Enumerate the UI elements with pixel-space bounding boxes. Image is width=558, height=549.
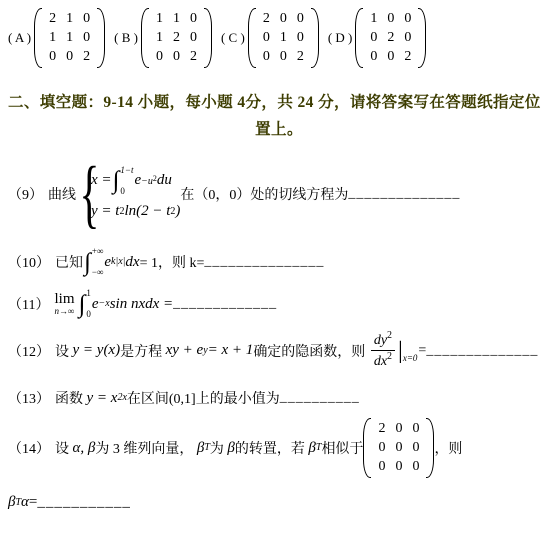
blank-line: ______________: [426, 343, 538, 359]
matrix-cell: 1: [66, 30, 73, 46]
question-number: （13）: [8, 388, 50, 408]
matrix-cell: 0: [370, 30, 377, 46]
matrix-cell: 2: [263, 11, 270, 27]
integral: ∫ 1−t 0: [113, 166, 134, 196]
matrix-cell: 0: [173, 49, 180, 65]
integral-upper-limit: 1: [86, 289, 91, 298]
question-text: 为: [210, 438, 224, 458]
evaluation-bar: | x=0: [398, 339, 417, 363]
option-c: ( C ) 2 0 0 0 1 0 0 0 2: [221, 8, 319, 68]
option-b-label: ( B ): [114, 30, 138, 46]
integral-lower-limit: 0: [86, 310, 91, 319]
question-text: ，则: [434, 438, 462, 458]
question-number: （14）: [8, 438, 50, 458]
matrix-left-paren: [34, 8, 42, 68]
matrix-cell: 1: [156, 11, 163, 27]
matrix-cell: 0: [387, 11, 394, 27]
matrix-cells: 2 0 0 0 0 0 0 0 0: [371, 418, 426, 478]
option-a-label: ( A ): [8, 30, 31, 46]
matrix-cells: 2 1 0 1 1 0 0 0 2: [42, 8, 97, 68]
limit-operator: lim n→∞: [54, 291, 74, 317]
matrix-cell: 1: [370, 11, 377, 27]
matrix-cell: 0: [263, 49, 270, 65]
matrix-cells: 1 0 0 0 2 0 0 0 2: [363, 8, 418, 68]
integral-sign: ∫: [79, 292, 86, 317]
question-13: （13） 函数 y = x2x 在区间(0,1]上的最小值为 _________…: [8, 388, 550, 408]
matrix-cell: 0: [66, 49, 73, 65]
question-number: （9）: [8, 184, 43, 204]
matrix-right-paren: [311, 8, 319, 68]
question-text: 在区间(0,1]上的最小值为: [127, 388, 280, 408]
matrix-cell: 0: [190, 30, 197, 46]
matrix-cell: 0: [156, 49, 163, 65]
matrix-cell: 0: [387, 49, 394, 65]
section-header: 二、填空题：9-14 小题，每小题 4分，共 24 分，请将答案写在答题纸指定位…: [8, 89, 550, 143]
matrix-cell: 0: [378, 459, 385, 475]
matrix-cell: 0: [83, 11, 90, 27]
blank-line: ___________: [37, 494, 131, 511]
question-12: （12） 设 y = y(x) 是方程 xy + ey = x + 1 确定的隐…: [8, 331, 550, 370]
option-d: ( D ) 1 0 0 0 2 0 0 0 2: [328, 8, 427, 68]
matrix-cell: 0: [395, 440, 402, 456]
matrix-cell: 0: [412, 421, 419, 437]
matrix-cell: 0: [404, 11, 411, 27]
option-d-label: ( D ): [328, 30, 353, 46]
matrix-cell: 2: [297, 49, 304, 65]
option-b: ( B ) 1 1 0 1 2 0 0 0 2: [114, 8, 212, 68]
question-number: （11）: [8, 294, 49, 314]
matrix-cell: 0: [49, 49, 56, 65]
matrix-cell: 0: [297, 30, 304, 46]
blank-line: _____________: [173, 296, 277, 312]
matrix-right-paren: [204, 8, 212, 68]
matrix-left-paren: [363, 418, 371, 478]
matrix-cell: 1: [156, 30, 163, 46]
integral-sign: ∫: [113, 168, 120, 193]
matrix-right-paren: [426, 418, 434, 478]
question-text: 相似于: [321, 438, 363, 458]
question-text: 的转置，若: [235, 438, 305, 458]
question-10: （10） 已知 ∫ +∞ −∞ ek|x|dx = 1，则 k= _______…: [8, 247, 550, 277]
option-c-matrix: 2 0 0 0 1 0 0 0 2: [248, 8, 319, 68]
option-a: ( A ) 2 1 0 1 1 0 0 0 2: [8, 8, 105, 68]
question-text: 在（0，0）处的切线方程为: [180, 184, 348, 204]
matrix-cell: 2: [83, 49, 90, 65]
integral: ∫ +∞ −∞: [84, 247, 103, 277]
question-text: 为 3 维列向量，: [95, 438, 193, 458]
matrix-cell: 0: [412, 459, 419, 475]
question-number: （10）: [8, 252, 50, 272]
matrix-right-paren: [418, 8, 426, 68]
integral: ∫ 1 0: [79, 289, 91, 319]
equation-x: x = ∫ 1−t 0 e−u2 du: [91, 164, 180, 198]
matrix-cell: 0: [83, 30, 90, 46]
matrix-cell: 2: [190, 49, 197, 65]
matrix-cell: 2: [173, 30, 180, 46]
matrix-cells: 1 1 0 1 2 0 0 0 2: [149, 8, 204, 68]
question-number: （12）: [8, 341, 50, 361]
question-text: 已知: [55, 252, 83, 272]
integral-upper-limit: 1−t: [120, 166, 133, 175]
question-text: 函数: [55, 388, 83, 408]
integral-upper-limit: +∞: [92, 247, 104, 256]
matrix-cell: 0: [280, 11, 287, 27]
matrix-cell: 0: [190, 11, 197, 27]
equation-y: y = t2 ln(2 − t2): [91, 199, 180, 225]
option-b-matrix: 1 1 0 1 2 0 0 0 2: [141, 8, 212, 68]
matrix-cell: 2: [387, 30, 394, 46]
matrix-cell: 1: [280, 30, 287, 46]
matrix-cell: 0: [404, 30, 411, 46]
limit-subscript: n→∞: [55, 307, 75, 317]
option-a-matrix: 2 1 0 1 1 0 0 0 2: [34, 8, 105, 68]
question-11: （11） lim n→∞ ∫ 1 0 e−x sin nxdx = ______…: [8, 289, 550, 319]
matrix-right-paren: [97, 8, 105, 68]
blank-line: __________: [280, 390, 360, 406]
matrix-cell: 2: [49, 11, 56, 27]
section-header-line1: 二、填空题：9-14 小题，每小题 4分，共 24 分，请将答案写在答题纸指定位: [8, 89, 550, 116]
matrix-cell: 1: [66, 11, 73, 27]
matrix-cell: 0: [297, 11, 304, 27]
matrix-cell: 0: [370, 49, 377, 65]
answer-options-row: ( A ) 2 1 0 1 1 0 0 0 2 ( B ) 1 1 0: [8, 8, 550, 68]
question-text: 设: [55, 341, 69, 361]
matrix-left-paren: [248, 8, 256, 68]
section-header-line2: 置上。: [8, 116, 550, 143]
matrix-cells: 2 0 0 0 1 0 0 0 2: [256, 8, 311, 68]
equation-system: { x = ∫ 1−t 0 e−u2 du y = t2 ln(2 − t2): [76, 155, 180, 233]
integral-lower-limit: 0: [120, 187, 125, 196]
matrix-left-paren: [355, 8, 363, 68]
matrix-cell: 2: [378, 421, 385, 437]
matrix-cell: 2: [404, 49, 411, 65]
system-brace: {: [79, 155, 87, 233]
question-14-answer-line: βT α= ___________: [8, 494, 550, 511]
blank-line: _______________: [204, 254, 324, 270]
question-text: = 1，则 k=: [140, 252, 205, 272]
evaluation-point: x=0: [403, 353, 418, 363]
matrix-cell: 0: [412, 440, 419, 456]
blank-line: ______________: [348, 186, 460, 202]
matrix-cell: 0: [378, 440, 385, 456]
similar-matrix: 2 0 0 0 0 0 0 0 0: [363, 418, 434, 478]
matrix-left-paren: [141, 8, 149, 68]
question-14: （14） 设 α, β 为 3 维列向量， βT 为 β 的转置，若 βT 相似…: [8, 418, 550, 478]
question-text: 设: [55, 438, 69, 458]
matrix-cell: 0: [263, 30, 270, 46]
integral-lower-limit: −∞: [92, 268, 104, 277]
option-c-label: ( C ): [221, 30, 245, 46]
matrix-cell: 1: [49, 30, 56, 46]
integral-sign: ∫: [84, 250, 91, 275]
question-9: （9） 曲线 { x = ∫ 1−t 0 e−u2 du y = t2 ln(2…: [8, 155, 550, 233]
matrix-cell: 0: [280, 49, 287, 65]
question-text: 确定的隐函数，则: [253, 341, 365, 361]
question-text: 是方程: [120, 341, 162, 361]
option-d-matrix: 1 0 0 0 2 0 0 0 2: [355, 8, 426, 68]
matrix-cell: 0: [395, 459, 402, 475]
matrix-cell: 0: [395, 421, 402, 437]
derivative-fraction: dy2 dx2: [371, 331, 395, 370]
matrix-cell: 1: [173, 11, 180, 27]
question-text: 曲线: [48, 184, 76, 204]
